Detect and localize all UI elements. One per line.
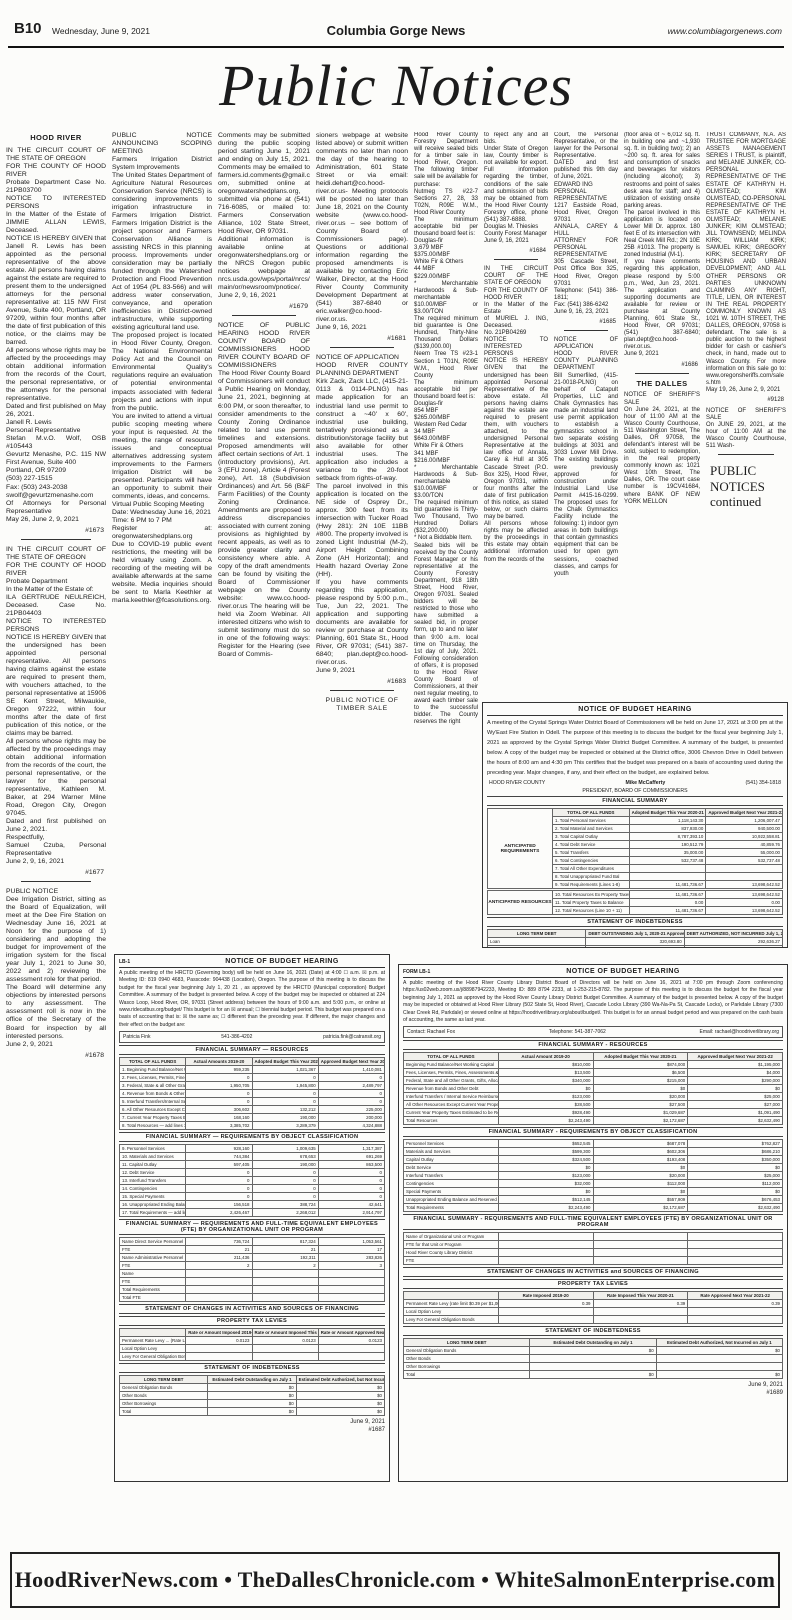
notice-text: TRUST COMPANY, N.A. AS TRUSTEE FOR MORTG… (706, 132, 786, 394)
table-cell: 2 (186, 1262, 252, 1270)
table-cell: 3,289,379 (252, 1122, 318, 1130)
table-cell: $0 (208, 1392, 296, 1400)
table-cell (186, 1294, 252, 1302)
notice-column-2: PUBLIC NOTICE ANNOUNCING SCOPING MEETING… (112, 132, 212, 945)
table-row: 9. Personnel Services928,1601,009,6351,3… (120, 1145, 385, 1153)
table-head-row: LONG TERM DEBTEstimated Debt Outstanding… (404, 1339, 783, 1347)
table-row: General Obligation Bonds$0$0 (404, 1347, 783, 1355)
table-cell: $2,243,490 (498, 1204, 593, 1212)
table-cell: $0 (530, 1371, 656, 1379)
table-row: 1. Beginning Fund Balance/Net Working Ca… (120, 1066, 385, 1074)
notice-ref-number: #1673 (6, 527, 104, 535)
table-cell: 13,698,642.52 (706, 881, 783, 889)
table-row: Federal, State and all Other Grants, Gif… (404, 1077, 783, 1085)
table-cell (318, 1345, 384, 1353)
table-cell: 1,950,705 (186, 1082, 252, 1090)
form-label: LB-1 (119, 959, 179, 965)
notice-column-1: HOOD RIVERIN THE CIRCUIT COURT OF THE ST… (6, 132, 106, 1442)
table-cell (498, 1233, 593, 1241)
table-cell: $25,000 (688, 1093, 783, 1101)
table-head-row: TOTAL OF ALL FUNDSAdopted Budget This Ye… (553, 809, 783, 817)
table-cell: FTE for that Unit or Program (404, 1241, 499, 1249)
newspaper-page: B10 Wednesday, June 9, 2021 Columbia Gor… (0, 0, 792, 1620)
table-cell: 2,914,797 (318, 1209, 384, 1217)
table-cell: 10. Materials and Services (120, 1153, 186, 1161)
table-row: 7. Total All Other Expenditures (553, 865, 783, 873)
table-cell: FTE (120, 1262, 186, 1270)
table-head-cell: Actual Amounts 2019-20 (186, 1058, 252, 1066)
table-row: 2. Total Material and Services837,930.00… (553, 825, 783, 833)
table-cell: $215,000 (593, 1077, 688, 1085)
resources-stub: ANTICIPATED RESOURCES (487, 890, 552, 915)
notice-ref-number: #1678 (6, 1052, 104, 1060)
table-row: 11. Total Property Taxes to Balance0.000… (553, 899, 783, 907)
notice-column-3: Comments may be submitted during the pub… (218, 132, 310, 945)
table-cell (656, 1363, 782, 1371)
table-cell: 0.0123 (252, 1337, 318, 1345)
table-cell: Unappropriated Ending Balance and Reserv… (404, 1196, 499, 1204)
org-county: HOOD RIVER COUNTY (489, 780, 545, 786)
notice-text: (floor area of ~ 6,012 sq. ft. in buildi… (624, 132, 700, 359)
table-cell: $0 (593, 1164, 688, 1172)
table-cell (593, 1308, 688, 1316)
notice-ref-number: #1684 (484, 248, 546, 255)
table-cell: 8. Total Resources — add lines 1 through… (120, 1122, 186, 1130)
table-cell: $123,000 (498, 1172, 593, 1180)
table-cell: 200,000 (318, 1114, 384, 1122)
table-cell: FTE (120, 1246, 186, 1254)
table-cell: 736,724 (186, 1238, 252, 1246)
table-cell: 0 (318, 1193, 384, 1201)
table-cell (706, 873, 783, 881)
table-cell: Loan (488, 938, 586, 946)
table-cell (252, 1345, 318, 1353)
table-cell: $32,000 (498, 1180, 593, 1188)
table-cell (498, 1308, 593, 1316)
table-cell: $0 (656, 1371, 782, 1379)
table-cell: 10,922,558.81 (706, 833, 783, 841)
contact-name: Contact: Rachael Fox (407, 1029, 455, 1035)
table-row: Special Payments$0$0$0 (404, 1188, 783, 1196)
table-cell: Total FTE (120, 1294, 186, 1302)
contact-phone: Telephone: 541-387-7062 (549, 1029, 606, 1035)
table-cell: 940,500.00 (706, 825, 783, 833)
table-cell: 0 (186, 1074, 252, 1082)
notice-text: NOTICE OF SHERIFF'S SALE On June 24, 202… (624, 392, 700, 505)
form-intro: A public meeting of the HRCTD (Governing… (119, 970, 385, 1029)
table-cell: $27,000 (688, 1101, 783, 1109)
table-cell: 5. Total Transfers (553, 849, 630, 857)
table-cell: 292,636.27 (684, 946, 782, 948)
table-cell: Levy For General Obligation Bonds (120, 1353, 186, 1361)
table-head-cell: Estimated Debt Authorized, Not Incurred … (656, 1339, 782, 1347)
table-cell: 1. Beginning Fund Balance/Net Working Ca… (120, 1066, 186, 1074)
notice-ref-number: #1679 (218, 303, 308, 311)
table-cell: $0 (208, 1408, 296, 1416)
table-cell: $123,000 (498, 1093, 593, 1101)
contact-email: Email: rachael@hoodriverlibrary.org (700, 1029, 779, 1035)
table-cell: 320,693.80 (586, 946, 684, 948)
table-cell: Interfund Transfers / Internal Service R… (404, 1093, 499, 1101)
table-cell: $687,078 (593, 1140, 688, 1148)
table-cell: 4. Revenue from Bonds & Other Debt (120, 1090, 186, 1098)
table-cell (688, 1249, 783, 1257)
table-cell: 7. Current Year Property Taxes Estimated… (120, 1114, 186, 1122)
table-cell (706, 865, 783, 873)
table-cell: Total (120, 1408, 208, 1416)
notice-text: to reject any and all bids. Under State … (484, 132, 548, 245)
notice-column-5: Hood River County Forestry Department wi… (414, 132, 478, 945)
table-cell (656, 1355, 782, 1363)
table-cell: $112,000 (593, 1180, 688, 1188)
table-cell: Federal, State and all Other Grants, Gif… (404, 1077, 499, 1085)
notice-separator-rule (330, 347, 394, 348)
table-cell: 0 (252, 1177, 318, 1185)
table-cell: $512,145 (498, 1196, 593, 1204)
table-cell: $193,408 (593, 1156, 688, 1164)
table-cell: Debt Service (404, 1164, 499, 1172)
table-cell: $1,029,687 (593, 1109, 688, 1117)
table-row: 8. Total Resources — add lines 1 through… (120, 1122, 385, 1130)
table-cell: 13. Interfund Transfers (120, 1177, 186, 1185)
table-cell: Total Requirements (120, 1286, 186, 1294)
table-row: 14. Contingencies000 (120, 1185, 385, 1193)
table-cell: 0 (252, 1169, 318, 1177)
table-cell: $676,453 (688, 1196, 783, 1204)
table-row: 9. Total Requirements (Lines 1-8)11,481,… (553, 881, 783, 889)
table-cell: 0 (252, 1098, 318, 1106)
table-cell: $557,909 (593, 1196, 688, 1204)
table-cell: 2. Fees, Licenses, Permits, Fines, Asses… (120, 1074, 186, 1082)
table-cell (629, 865, 706, 873)
table-cell: Other Bonds (404, 1355, 530, 1363)
publication-website: www.columbiagorgenews.com (668, 26, 782, 36)
table-cell: Materials and Services (404, 1148, 499, 1156)
resources-section: ANTICIPATED RESOURCES 10. Total Resource… (487, 890, 783, 915)
table-head-cell: DEBT AUTHORIZED, NOT INCURRED July 1, 20… (684, 930, 782, 938)
table-head-cell (404, 1292, 499, 1300)
table-cell: 11,481,736.67 (629, 891, 706, 899)
table-head-cell (120, 1329, 186, 1337)
table-row: Total Resources$2,243,490$2,172,687$2,63… (404, 1117, 783, 1125)
notice-separator-rule (494, 259, 539, 260)
requirements-table: Personnel Services$652,545$687,078$762,8… (403, 1139, 783, 1212)
footer-banner-text: HoodRiverNews.com • TheDallesChronicle.c… (15, 1567, 776, 1593)
table-cell (688, 1233, 783, 1241)
table-cell: 0 (318, 1098, 384, 1106)
form-contact-row: Contact: Rachael Fox Telephone: 541-387-… (403, 1026, 783, 1038)
table-cell: 0 (186, 1193, 252, 1201)
table-cell: 0 (186, 1098, 252, 1106)
table-head-cell: TOTAL OF ALL FUNDS (553, 809, 630, 817)
table-head-cell: Estimated Debt Outstanding on July 1 (530, 1339, 656, 1347)
table-cell: $0 (593, 1085, 688, 1093)
property-tax-heading: PROPERTY TAX LEVIES (119, 1316, 385, 1326)
resources-table: 10. Total Resources Ex Property Taxes11,… (552, 890, 783, 915)
table-cell: $2,632,490 (688, 1117, 783, 1125)
table-cell: 1,118,143.30 (629, 817, 706, 825)
table-cell: 388,724 (252, 1201, 318, 1209)
table-row: Levy For General Obligation Bonds (120, 1353, 385, 1361)
table-cell: Revenue from Bonds and Other Debt (404, 1085, 499, 1093)
form-intro: A public meeting of the Hood River Count… (403, 980, 783, 1024)
officer-phone: (541) 354-1818 (746, 780, 781, 786)
table-row: Other Bonds (404, 1355, 783, 1363)
table-cell: 11. Capital Outlay (120, 1161, 186, 1169)
property-tax-heading: PROPERTY TAX LEVIES (403, 1279, 783, 1289)
table-row: Contingencies$32,000$112,000$112,000 (404, 1180, 783, 1188)
table-cell: 40,859.76 (706, 841, 783, 849)
notice-text: sioners webpage at website listed above)… (316, 132, 408, 332)
table-head-row: LONG TERM DEBTEstimated Debt Outstanding… (120, 1376, 385, 1384)
table-cell: 6. All Other Resources Except Current Ye… (120, 1106, 186, 1114)
table-cell: 0.00 (629, 899, 706, 907)
indebtedness-heading: STATEMENT OF INDEBTEDNESS (119, 1363, 385, 1373)
table-cell: 55,000.00 (706, 849, 783, 857)
table-cell: 4. Total Debt Service (553, 841, 630, 849)
table-cell: 928,160 (186, 1145, 252, 1153)
table-row: Other Bonds$0$0 (120, 1392, 385, 1400)
table-cell: 691,269 (318, 1153, 384, 1161)
table-head-cell: TOTAL OF ALL FUNDS (120, 1058, 186, 1066)
notice-text: NOTICE OF APPLICATION HOOD RIVER COUNTY … (316, 354, 408, 675)
table-cell: 306,602 (186, 1106, 252, 1114)
table-cell (629, 873, 706, 881)
indebtedness-table: LONG TERM DEBTDEBT OUTSTANDING July 1, 2… (487, 929, 783, 948)
notice-text: Comments may be submitted during the pub… (218, 132, 310, 300)
table-head-cell: DEBT OUTSTANDING July 1, 2020-21 Approve… (586, 930, 684, 938)
table-row: Beginning Fund Balance/Net Working Capit… (404, 1061, 783, 1069)
table-head-row: LONG TERM DEBTDEBT OUTSTANDING July 1, 2… (488, 930, 783, 938)
table-cell: $2,632,490 (688, 1204, 783, 1212)
table-cell: $0 (656, 1347, 782, 1355)
notice-text: Hood River County Forestry Department wi… (414, 132, 478, 727)
table-cell: 0 (252, 1193, 318, 1201)
table-cell: 17 (318, 1246, 384, 1254)
table-row: Name Administrative Personnel211,436192,… (120, 1254, 385, 1262)
table-cell: Other Borrowings (120, 1400, 208, 1408)
table-head-cell: Approved Budget Next Year 2021-22 (688, 1053, 783, 1061)
table-row: Name (120, 1270, 385, 1278)
table-cell: Name (120, 1270, 186, 1278)
table-row: FTE212117 (120, 1246, 385, 1254)
table-cell (498, 1249, 593, 1257)
table-cell: $13,500 (498, 1069, 593, 1077)
table-cell: 0 (252, 1185, 318, 1193)
table-cell: $0 (208, 1384, 296, 1392)
table-cell (252, 1278, 318, 1286)
header-rule (8, 46, 784, 48)
table-cell: 2,268,012 (252, 1209, 318, 1217)
table-cell: 11. Total Property Taxes to Balance (553, 899, 630, 907)
table-cell: $2,172,687 (593, 1204, 688, 1212)
table-cell: Contingencies (404, 1180, 499, 1188)
table-head-cell: Adopted Budget This Year 2020-21 (629, 809, 706, 817)
table-cell: 42,641 (318, 1201, 384, 1209)
notice-text: PUBLIC NOTICE Dee Irrigation District, s… (6, 888, 106, 1048)
table-cell: FTE (404, 1257, 499, 1265)
notice-separator-rule (232, 315, 296, 316)
table-cell: 959,235 (186, 1066, 252, 1074)
table-cell: $340,000 (498, 1077, 593, 1085)
notice-text: NOTICE OF SHERIFF'S SALE On JUNE 29, 202… (706, 408, 786, 450)
masthead: B10 Wednesday, June 9, 2021 Columbia Gor… (8, 18, 784, 44)
table-cell: $1,195,000 (688, 1061, 783, 1069)
table-row: 3. Federal, State & all Other Grants, Gi… (120, 1082, 385, 1090)
table-cell: 597,405 (186, 1161, 252, 1169)
table-cell: $112,000 (688, 1180, 783, 1188)
table-cell: 0 (318, 1090, 384, 1098)
table-cell: 12. Total Resources (Line 10 + 11) (553, 907, 630, 915)
table-cell: 16. Unappropriated Ending Balance and Re… (120, 1201, 186, 1209)
table-row: 12. Debt Service000 (120, 1169, 385, 1177)
notice-separator-rule (564, 330, 609, 331)
officer-title: PRESIDENT, BOARD OF COMMISSIONERS (489, 788, 781, 794)
table-cell: $20,000 (593, 1172, 688, 1180)
table-cell: 225,000 (318, 1106, 384, 1114)
table-cell: Name Direct Service Personnel (120, 1238, 186, 1246)
notice-separator-rule (21, 539, 91, 540)
table-cell: 2,489,797 (318, 1082, 384, 1090)
table-head-cell: Estimated Debt Authorized, but Not Incur… (296, 1376, 384, 1384)
table-row: Capital Outlay$324,500$193,408$350,000 (404, 1156, 783, 1164)
table-cell: 8,787,393.10 (629, 833, 706, 841)
table-cell: 3. Total Capital Outlay (553, 833, 630, 841)
table-cell: FTE (120, 1278, 186, 1286)
notice-column-4: sioners webpage at website listed above)… (316, 132, 408, 945)
requirements-heading: FINANCIAL SUMMARY — REQUIREMENTS BY OBJE… (119, 1132, 385, 1142)
property-tax-table: Rate Imposed 2019-20Rate Imposed This Ye… (403, 1291, 783, 1324)
budget-form-library-district: FORM LB-1 NOTICE OF BUDGET HEARING A pub… (398, 964, 788, 1482)
table-row: 6. Total Contingencies532,737.48532,737.… (553, 857, 783, 865)
form-contact-row: Patricia Fink 541-386-4202 patricia.fink… (119, 1031, 385, 1043)
table-cell: Local Option Levy (404, 1308, 499, 1316)
table-row: FTE (120, 1278, 385, 1286)
resources-table: TOTAL OF ALL FUNDSActual Amounts 2019-20… (119, 1057, 385, 1130)
table-cell: 11,481,736.67 (629, 907, 706, 915)
notice-ref-number: #1685 (554, 319, 616, 326)
notice-text: IN THE CIRCUIT COURT OF THE STATE OF ORE… (6, 147, 106, 524)
table-cell: 283,826 (318, 1254, 384, 1262)
table-cell: 17. Total Requirements — add lines 9 thr… (120, 1209, 186, 1217)
fte-heading: FINANCIAL SUMMARY - REQUIREMENTS AND FUL… (403, 1214, 783, 1230)
table-cell: $4,000 (688, 1069, 783, 1077)
table-row: Name of Organizational Unit or Program (404, 1233, 783, 1241)
form-date-ref: June 9, 2021 #1687 (119, 1419, 385, 1435)
table-cell: 320,693.80 (586, 938, 684, 946)
notice-ref-number: #9128 (706, 397, 784, 404)
table-cell (688, 1308, 783, 1316)
officer-name: Mike McCafferty (625, 780, 665, 786)
table-head-cell: Rate or Amount Imposed This Year 2020-21 (252, 1329, 318, 1337)
notice-text: Court, the Personal Representative, or t… (554, 132, 618, 316)
form-date-ref: June 9, 2021 #1689 (403, 1382, 783, 1398)
table-cell: Hood River County Library District (404, 1249, 499, 1257)
table-cell (252, 1353, 318, 1361)
table-row: Local Option Levy (120, 1345, 385, 1353)
table-cell: 14. Contingencies (120, 1185, 186, 1193)
table-cell: $0 (498, 1085, 593, 1093)
table-cell: $27,500 (593, 1101, 688, 1109)
table-row: 16. Unappropriated Ending Balance and Re… (120, 1201, 385, 1209)
table-row: Total$0$0 (404, 1371, 783, 1379)
table-cell: Capital Outlay (404, 1156, 499, 1164)
table-cell: Name of Organizational Unit or Program (404, 1233, 499, 1241)
table-row: 17. Total Requirements — add lines 9 thr… (120, 1209, 385, 1217)
financial-summary-heading: FINANCIAL SUMMARY (487, 796, 783, 806)
table-cell: 10. Total Resources Ex Property Taxes (553, 891, 630, 899)
table-cell: 292,636.27 (684, 938, 782, 946)
budget-form-crystal-springs: NOTICE OF BUDGET HEARING A meeting of th… (482, 702, 788, 948)
table-cell: 12. Debt Service (120, 1169, 186, 1177)
fte-table: Name Direct Service Personnel736,724817,… (119, 1237, 385, 1302)
notice-column-7: Court, the Personal Representative, or t… (554, 132, 618, 697)
notice-text: NOTICE OF PUBLIC HEARING HOOD RIVER COUN… (218, 322, 310, 659)
table-cell (186, 1353, 252, 1361)
requirements-table: 9. Personnel Services928,1601,009,6351,3… (119, 1144, 385, 1217)
table-cell: 3,385,702 (186, 1122, 252, 1130)
table-cell: 0 (186, 1169, 252, 1177)
table-cell: $324,500 (498, 1156, 593, 1164)
notice-column-6: to reject any and all bids. Under State … (484, 132, 548, 697)
table-cell: $652,545 (498, 1140, 593, 1148)
table-row: 15. Special Payments000 (120, 1193, 385, 1201)
table-cell: $290,000 (688, 1077, 783, 1085)
table-row: Fees, Licenses, Permits, Fines, Assessme… (404, 1069, 783, 1077)
table-row: Tot. Indebtedness320,693.80292,636.27 (488, 946, 783, 948)
table-row: 11. Capital Outlay597,405190,000863,500 (120, 1161, 385, 1169)
table-cell (186, 1345, 252, 1353)
table-head-cell: Adopted Budget This Year 2020-21 (593, 1053, 688, 1061)
form-label: FORM LB-1 (403, 969, 463, 975)
table-row: Debt Service$0$0$0 (404, 1164, 783, 1172)
contact-name: Patricia Fink (123, 1034, 151, 1040)
table-cell: $6,500 (593, 1069, 688, 1077)
table-head-cell: Adopted Budget This Year 2020-21 (252, 1058, 318, 1066)
notice-text: PUBLIC NOTICE ANNOUNCING SCOPING MEETING… (112, 132, 212, 605)
table-row: Hood River County Library District (404, 1249, 783, 1257)
table-cell: 1,317,387 (318, 1145, 384, 1153)
table-cell: Current Year Property Taxes Estimated to… (404, 1109, 499, 1117)
table-cell: 190,000 (252, 1161, 318, 1169)
table-row: Other Borrowings (404, 1363, 783, 1371)
table-cell: 8. Total Unappropriated Fund Bal (553, 873, 630, 881)
table-cell: 21 (252, 1246, 318, 1254)
form-intro: A meeting of the Crystal Springs Water D… (487, 718, 783, 778)
table-row: Total$0$0 (120, 1408, 385, 1416)
table-row: Name Direct Service Personnel736,724817,… (120, 1238, 385, 1246)
table-row: FTE for that Unit or Program (404, 1241, 783, 1249)
table-cell (252, 1270, 318, 1278)
table-cell: 2. Total Material and Services (553, 825, 630, 833)
notice-text: IN THE CIRCUIT COURT OF THE STATE OF ORE… (484, 266, 548, 563)
indebtedness-heading: STATEMENT OF INDEBTEDNESS (487, 917, 783, 927)
table-cell: 168,160 (186, 1114, 252, 1122)
table-cell: $0 (688, 1188, 783, 1196)
table-cell: Levy For General Obligation Bonds (404, 1316, 499, 1324)
table-row: 10. Total Resources Ex Property Taxes11,… (553, 891, 783, 899)
table-cell: 211,436 (186, 1254, 252, 1262)
table-row: 4. Total Debt Service190,512.7940,859.76 (553, 841, 783, 849)
table-row: 10. Materials and Services744,384678,653… (120, 1153, 385, 1161)
table-cell: 532,737.48 (706, 857, 783, 865)
table-row: Revenue from Bonds and Other Debt$0$0$0 (404, 1085, 783, 1093)
page-title: Public Notices (0, 52, 792, 119)
table-cell: 817,324 (252, 1238, 318, 1246)
table-cell: 1,945,800 (252, 1082, 318, 1090)
table-cell: General Obligation Bonds (404, 1347, 530, 1355)
resources-table: TOTAL OF ALL FUNDSActual Amount 2019-20A… (403, 1052, 783, 1125)
